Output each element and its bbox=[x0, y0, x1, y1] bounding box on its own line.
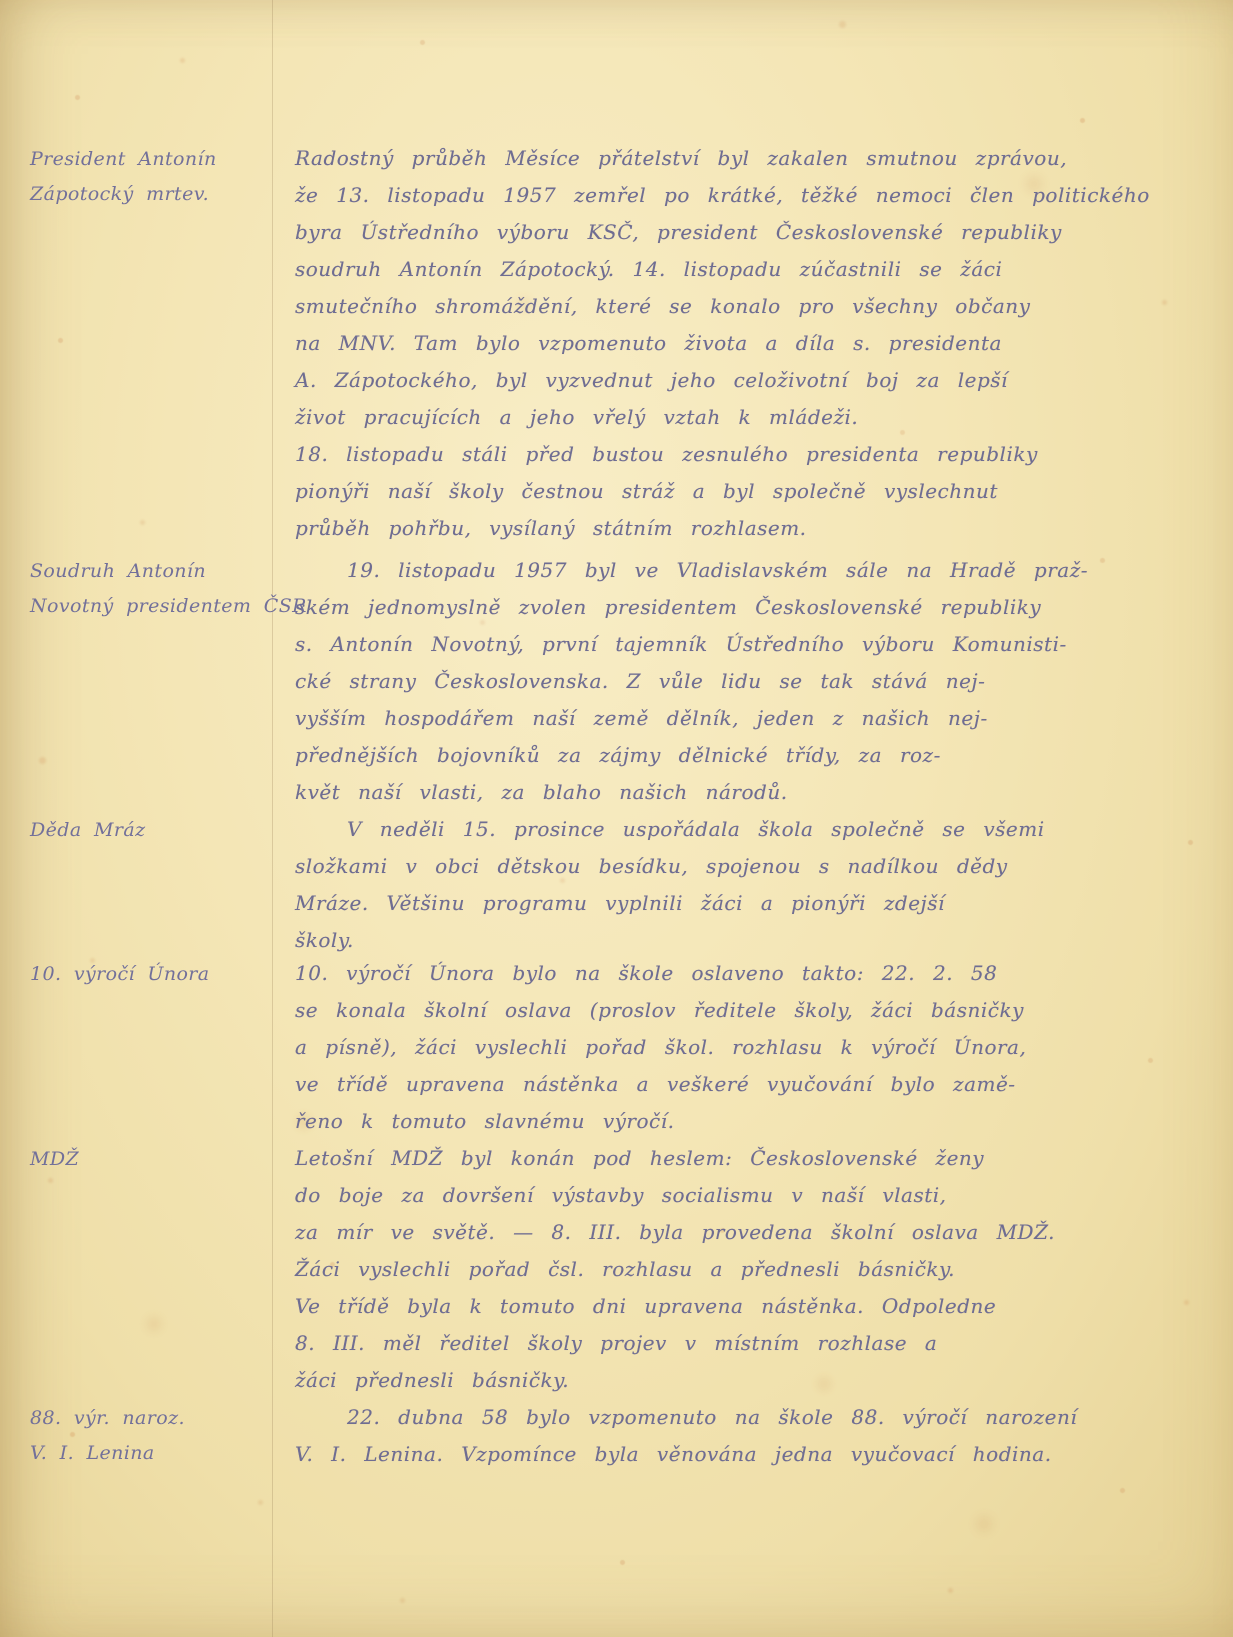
margin-note-line: President Antonín bbox=[30, 142, 275, 177]
text-line: s. Antonín Novotný, první tajemník Ústře… bbox=[295, 626, 1225, 663]
text-line: život pracujících a jeho vřelý vztah k m… bbox=[295, 399, 1225, 436]
margin-note: Děda Mráz bbox=[30, 813, 275, 848]
text-line: Žáci vyslechli pořad čsl. rozhlasu a pře… bbox=[295, 1251, 1225, 1288]
margin-note: 88. výr. naroz.V. I. Lenina bbox=[30, 1401, 275, 1471]
text-line: průběh pohřbu, vysílaný státním rozhlase… bbox=[295, 510, 1225, 547]
chronicle-section: 88. výr. naroz.V. I. Lenina 22. dubna 58… bbox=[0, 1399, 1233, 1473]
margin-note-line: Zápotocký mrtev. bbox=[30, 177, 275, 212]
chronicle-section: President AntonínZápotocký mrtev. Radost… bbox=[0, 140, 1233, 547]
chronicle-section: Děda Mráz V neděli 15. prosince uspořáda… bbox=[0, 811, 1233, 959]
margin-note: President AntonínZápotocký mrtev. bbox=[30, 142, 275, 212]
text-block: V neděli 15. prosince uspořádala škola s… bbox=[295, 811, 1225, 959]
text-line: 22. dubna 58 bylo vzpomenuto na škole 88… bbox=[295, 1399, 1225, 1436]
text-line: a písně), žáci vyslechli pořad škol. roz… bbox=[295, 1029, 1225, 1066]
text-line: řeno k tomuto slavnému výročí. bbox=[295, 1103, 1225, 1140]
chronicle-section: 10. výročí Února 10. výročí Února bylo n… bbox=[0, 955, 1233, 1140]
text-line: na MNV. Tam bylo vzpomenuto života a díl… bbox=[295, 325, 1225, 362]
text-line: byra Ústředního výboru KSČ, president Če… bbox=[295, 214, 1225, 251]
text-line: do boje za dovršení výstavby socialismu … bbox=[295, 1177, 1225, 1214]
text-line: vyšším hospodářem naší země dělník, jede… bbox=[295, 700, 1225, 737]
margin-note-line: 10. výročí Února bbox=[30, 957, 275, 992]
margin-note: MDŽ bbox=[30, 1142, 275, 1177]
chronicle-section: Soudruh AntonínNovotný presidentem ČSR 1… bbox=[0, 552, 1233, 811]
margin-note-line: 88. výr. naroz. bbox=[30, 1401, 275, 1436]
text-block: 19. listopadu 1957 byl ve Vladislavském … bbox=[295, 552, 1225, 811]
text-line: V. I. Lenina. Vzpomínce byla věnována je… bbox=[295, 1436, 1225, 1473]
margin-note-line: Děda Mráz bbox=[30, 813, 275, 848]
margin-note-line: Soudruh Antonín bbox=[30, 554, 275, 589]
text-block: Letošní MDŽ byl konán pod heslem: Českos… bbox=[295, 1140, 1225, 1399]
margin-note-line: MDŽ bbox=[30, 1142, 275, 1177]
text-line: složkami v obci dětskou besídku, spojeno… bbox=[295, 848, 1225, 885]
margin-note: 10. výročí Února bbox=[30, 957, 275, 992]
text-line: květ naší vlasti, za blaho našich národů… bbox=[295, 774, 1225, 811]
text-line: 8. III. měl ředitel školy projev v místn… bbox=[295, 1325, 1225, 1362]
text-line: ském jednomyslně zvolen presidentem Česk… bbox=[295, 589, 1225, 626]
margin-note-line: V. I. Lenina bbox=[30, 1436, 275, 1471]
text-line: soudruh Antonín Zápotocký. 14. listopadu… bbox=[295, 251, 1225, 288]
text-line: 10. výročí Února bylo na škole oslaveno … bbox=[295, 955, 1225, 992]
text-line: že 13. listopadu 1957 zemřel po krátké, … bbox=[295, 177, 1225, 214]
text-block: 10. výročí Února bylo na škole oslaveno … bbox=[295, 955, 1225, 1140]
text-line: 19. listopadu 1957 byl ve Vladislavském … bbox=[295, 552, 1225, 589]
text-line: V neděli 15. prosince uspořádala škola s… bbox=[295, 811, 1225, 848]
page: President AntonínZápotocký mrtev. Radost… bbox=[0, 0, 1233, 1637]
margin-note-line: Novotný presidentem ČSR bbox=[30, 589, 275, 624]
text-line: Ve třídě byla k tomuto dni upravena nást… bbox=[295, 1288, 1225, 1325]
text-line: cké strany Československa. Z vůle lidu s… bbox=[295, 663, 1225, 700]
text-line: 18. listopadu stáli před bustou zesnuléh… bbox=[295, 436, 1225, 473]
chronicle-section: MDŽ Letošní MDŽ byl konán pod heslem: Če… bbox=[0, 1140, 1233, 1399]
text-block: 22. dubna 58 bylo vzpomenuto na škole 88… bbox=[295, 1399, 1225, 1473]
text-line: pionýři naší školy čestnou stráž a byl s… bbox=[295, 473, 1225, 510]
margin-note: Soudruh AntonínNovotný presidentem ČSR bbox=[30, 554, 275, 624]
text-line: přednějších bojovníků za zájmy dělnické … bbox=[295, 737, 1225, 774]
text-line: smutečního shromáždění, které se konalo … bbox=[295, 288, 1225, 325]
text-line: A. Zápotockého, byl vyzvednut jeho celož… bbox=[295, 362, 1225, 399]
text-line: Mráze. Většinu programu vyplnili žáci a … bbox=[295, 885, 1225, 922]
text-line: se konala školní oslava (proslov ředitel… bbox=[295, 992, 1225, 1029]
text-block: Radostný průběh Měsíce přátelství byl za… bbox=[295, 140, 1225, 547]
text-line: za mír ve světě. — 8. III. byla proveden… bbox=[295, 1214, 1225, 1251]
text-line: Letošní MDŽ byl konán pod heslem: Českos… bbox=[295, 1140, 1225, 1177]
text-line: ve třídě upravena nástěnka a veškeré vyu… bbox=[295, 1066, 1225, 1103]
text-line: Radostný průběh Měsíce přátelství byl za… bbox=[295, 140, 1225, 177]
text-line: žáci přednesli básničky. bbox=[295, 1362, 1225, 1399]
text-line: školy. bbox=[295, 922, 1225, 959]
